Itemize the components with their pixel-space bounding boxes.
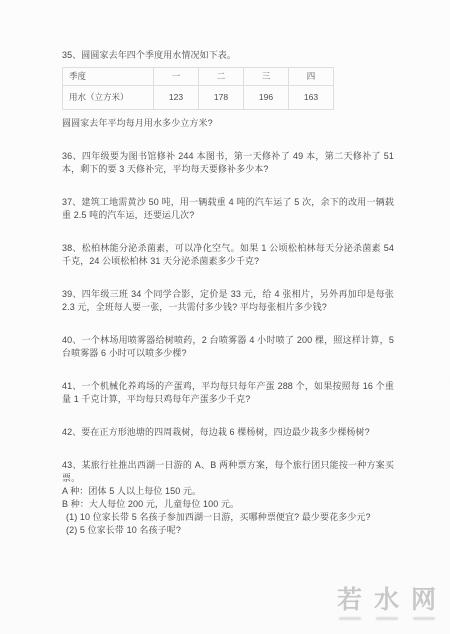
problem-36-text: 36、四年级要为图书馆修补 244 本图书，第一天修补了 49 本，第二天修补了… <box>62 150 394 176</box>
problem-36: 36、四年级要为图书馆修补 244 本图书，第一天修补了 49 本，第二天修补了… <box>62 150 394 176</box>
watermark-subtext-2 <box>376 617 398 620</box>
watermark-char-group: 水 <box>374 588 400 620</box>
problem-35-intro: 35、圆圆家去年四个季度用水情况如下表。 <box>62 49 394 62</box>
table-header-label: 季度 <box>63 68 154 86</box>
table-value-q1: 123 <box>154 86 199 110</box>
table-value-q2: 178 <box>199 86 244 110</box>
problem-38: 38、松柏林能分泌杀菌素，可以净化空气。如果 1 公顷松柏林每天分泌杀菌素 54… <box>62 242 394 268</box>
problem-40-text: 40、一个林场用喷雾器给树喷药，2 台喷雾器 4 小时喷了 200 棵，照这样计… <box>62 334 394 360</box>
problem-43-question-1: (1) 10 位家长带 5 名孩子参加西湖一日游，买哪种票便宜? 最少要花多少元… <box>62 511 394 524</box>
table-data-row: 用水（立方米） 123 178 196 163 <box>63 86 334 110</box>
problem-43-intro: 43、某旅行社推出西湖一日游的 A、B 两种票方案，每个旅行团只能按一种方案买票… <box>62 459 394 485</box>
problem-35: 35、圆圆家去年四个季度用水情况如下表。 季度 一 二 三 四 用水（立方米） … <box>62 49 394 130</box>
watermark: 若 水 网 <box>337 588 437 620</box>
problem-43-question-2: (2) 5 位家长带 10 名孩子呢? <box>62 524 394 537</box>
problem-43-option-b: B 种：大人每位 200 元，儿童每位 100 元。 <box>62 498 394 511</box>
watermark-char-2: 水 <box>374 588 400 613</box>
table-header-row: 季度 一 二 三 四 <box>63 68 334 86</box>
problem-41: 41、一个机械化养鸡场的产蛋鸡，平均每只每年产蛋 288 个，如果按照每 16 … <box>62 380 394 406</box>
watermark-subtext-3 <box>413 617 435 620</box>
problem-42-text: 42、要在正方形池塘的四周栽树，每边栽 6 棵杨树，四边最少栽多少棵杨树? <box>62 426 394 439</box>
table-row-label: 用水（立方米） <box>63 86 154 110</box>
problem-40: 40、一个林场用喷雾器给树喷药，2 台喷雾器 4 小时喷了 200 棵，照这样计… <box>62 334 394 360</box>
problem-41-text: 41、一个机械化养鸡场的产蛋鸡，平均每只每年产蛋 288 个，如果按照每 16 … <box>62 380 394 406</box>
watermark-char-group: 网 <box>411 588 437 620</box>
watermark-char-group: 若 <box>337 588 363 620</box>
table-header-col-4: 四 <box>289 68 334 86</box>
table-value-q3: 196 <box>244 86 289 110</box>
problem-42: 42、要在正方形池塘的四周栽树，每边栽 6 棵杨树，四边最少栽多少棵杨树? <box>62 426 394 439</box>
problem-35-question: 圆圆家去年平均每月用水多少立方米? <box>62 117 394 130</box>
worksheet-page: 35、圆圆家去年四个季度用水情况如下表。 季度 一 二 三 四 用水（立方米） … <box>0 0 450 634</box>
problem-39-text: 39、四年级三班 34 个同学合影，定价是 33 元，给 4 张相片，另外再加印… <box>62 288 394 314</box>
table-header-col-1: 一 <box>154 68 199 86</box>
problem-37-text: 37、建筑工地需黄沙 50 吨，用一辆载重 4 吨的汽车运了 5 次，余下的改用… <box>62 196 394 222</box>
problem-37: 37、建筑工地需黄沙 50 吨，用一辆载重 4 吨的汽车运了 5 次，余下的改用… <box>62 196 394 222</box>
table-header-col-2: 二 <box>199 68 244 86</box>
watermark-subtext-1 <box>339 617 361 620</box>
problem-39: 39、四年级三班 34 个同学合影，定价是 33 元，给 4 张相片，另外再加印… <box>62 288 394 314</box>
table-value-q4: 163 <box>289 86 334 110</box>
worksheet-content: 35、圆圆家去年四个季度用水情况如下表。 季度 一 二 三 四 用水（立方米） … <box>62 49 394 557</box>
watermark-char-1: 若 <box>337 588 363 613</box>
water-usage-table: 季度 一 二 三 四 用水（立方米） 123 178 196 163 <box>62 67 334 110</box>
table-header-col-3: 三 <box>244 68 289 86</box>
watermark-char-3: 网 <box>411 588 437 613</box>
problem-43-option-a: A 种：团体 5 人以上每位 150 元。 <box>62 485 394 498</box>
problem-38-text: 38、松柏林能分泌杀菌素，可以净化空气。如果 1 公顷松柏林每天分泌杀菌素 54… <box>62 242 394 268</box>
problem-43: 43、某旅行社推出西湖一日游的 A、B 两种票方案，每个旅行团只能按一种方案买票… <box>62 459 394 537</box>
